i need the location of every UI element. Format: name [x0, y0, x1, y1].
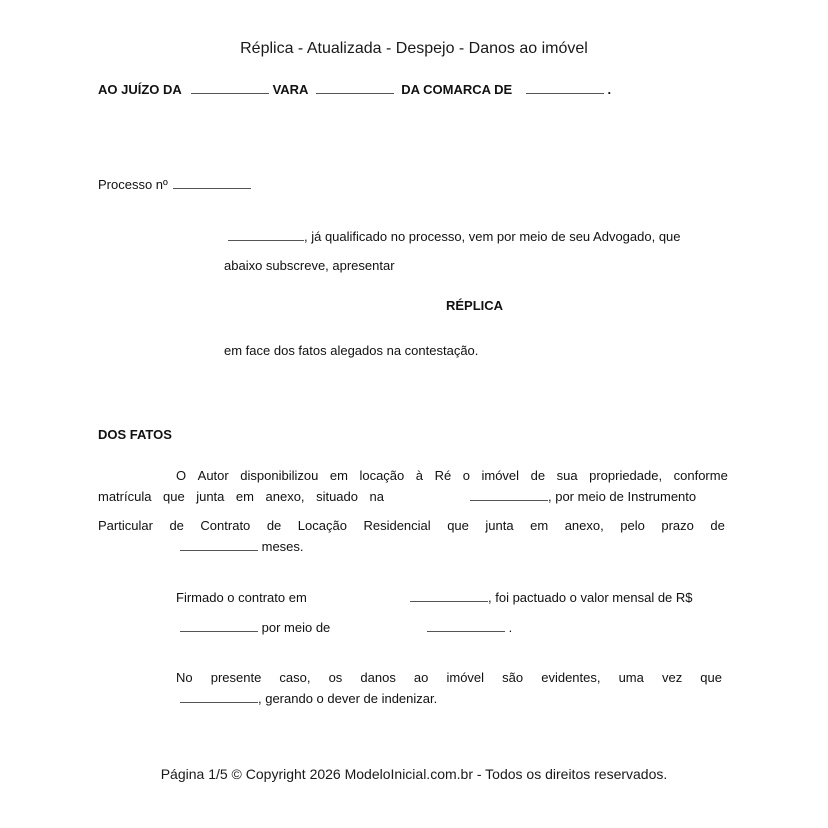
intro-line-1: , já qualificado no processo, vem por me…: [228, 229, 728, 245]
blank-comarca[interactable]: [526, 82, 604, 94]
p2-line1-right: , foi pactuado o valor mensal de R$: [488, 590, 693, 605]
word: No: [176, 670, 193, 686]
p2-line1-right-wrap: , foi pactuado o valor mensal de R$: [410, 590, 693, 606]
word: conforme: [674, 468, 728, 484]
word: o: [463, 468, 470, 484]
section-dos-fatos: DOS FATOS: [98, 427, 172, 443]
contestacao-line: em face dos fatos alegados na contestaçã…: [224, 343, 478, 359]
word: Autor: [198, 468, 229, 484]
word: uma: [619, 670, 644, 686]
word: Residencial: [363, 518, 430, 534]
p1-line4-text: meses.: [262, 539, 304, 554]
paragraph-3-line-1: Nopresentecaso,osdanosaoimóvelsãoevident…: [176, 670, 722, 686]
word: que: [700, 670, 722, 686]
blank-monthly-value[interactable]: [180, 620, 258, 632]
word: matrícula: [98, 489, 151, 505]
word: Locação: [298, 518, 347, 534]
word: evidentes,: [541, 670, 600, 686]
header-part-3: DA COMARCA DE: [401, 82, 512, 97]
word: à: [416, 468, 423, 484]
word: os: [329, 670, 343, 686]
p3-line2-text: , gerando o dever de indenizar.: [258, 691, 437, 706]
document-title: Réplica - Atualizada - Despejo - Danos a…: [0, 40, 828, 58]
word: O: [176, 468, 186, 484]
word: prazo: [661, 518, 694, 534]
word: em: [530, 518, 548, 534]
court-header: AO JUÍZO DA VARA DA COMARCA DE .: [98, 82, 611, 98]
page-footer: Página 1/5 © Copyright 2026 ModeloInicia…: [0, 766, 828, 782]
p2-line1-left: Firmado o contrato em: [176, 590, 307, 605]
word: caso,: [279, 670, 310, 686]
p1-line2-right-text: , por meio de Instrumento: [548, 489, 696, 504]
header-part-1: AO JUÍZO DA: [98, 82, 181, 97]
word: imóvel: [481, 468, 519, 484]
blank-contract-date[interactable]: [410, 590, 488, 602]
header-end: .: [607, 82, 611, 97]
word: imóvel: [446, 670, 484, 686]
paragraph-2-line-1: Firmado o contrato em , foi pactuado o v…: [176, 590, 728, 606]
word: Ré: [435, 468, 452, 484]
word: propriedade,: [589, 468, 662, 484]
paragraph-3-line-2: , gerando o dever de indenizar.: [180, 691, 437, 707]
word: de: [267, 518, 281, 534]
word: vez: [662, 670, 682, 686]
p2-line2-end-wrap: .: [427, 620, 512, 636]
word: ao: [414, 670, 428, 686]
paragraph-1-line-4: meses.: [180, 539, 304, 555]
processo-label: Processo nº: [98, 177, 168, 192]
word: pelo: [620, 518, 645, 534]
paragraph-1-line-2-right: , por meio de Instrumento: [470, 489, 696, 505]
blank-party-name[interactable]: [228, 229, 304, 241]
word: na: [370, 489, 384, 505]
blank-vara[interactable]: [316, 82, 394, 94]
paragraph-2-line-2: por meio de .: [180, 620, 732, 636]
word: anexo,: [266, 489, 305, 505]
word: danos: [360, 670, 395, 686]
word: junta: [196, 489, 224, 505]
word: de: [169, 518, 183, 534]
word: em: [330, 468, 348, 484]
blank-payment-method[interactable]: [427, 620, 505, 632]
paragraph-1-line-2-left: matrículaquejuntaemanexo,situadona: [98, 489, 384, 505]
blank-vara-number[interactable]: [191, 82, 269, 94]
p2-line2-mid: por meio de: [262, 620, 331, 635]
word: situado: [316, 489, 358, 505]
word: que: [447, 518, 469, 534]
word: Contrato: [200, 518, 250, 534]
word: sua: [557, 468, 578, 484]
word: Particular: [98, 518, 153, 534]
word: locação: [359, 468, 404, 484]
word: anexo,: [565, 518, 604, 534]
word: em: [236, 489, 254, 505]
p2-line2-end: .: [509, 620, 513, 635]
paragraph-1-line-3: ParticulardeContratodeLocaçãoResidencial…: [98, 518, 725, 534]
word: de: [531, 468, 545, 484]
intro-text-1: , já qualificado no processo, vem por me…: [304, 229, 681, 244]
intro-line-2: abaixo subscreve, apresentar: [224, 258, 395, 274]
blank-address[interactable]: [470, 489, 548, 501]
blank-damage-reason[interactable]: [180, 691, 258, 703]
blank-processo-number[interactable]: [173, 177, 251, 189]
word: junta: [485, 518, 513, 534]
blank-months[interactable]: [180, 539, 258, 551]
word: são: [502, 670, 523, 686]
word: que: [163, 489, 185, 505]
header-part-2: VARA: [273, 82, 308, 97]
word: de: [710, 518, 724, 534]
paragraph-1-line-1: OAutordisponibilizouemlocaçãoàRéoimóveld…: [176, 468, 728, 484]
processo-line: Processo nº: [98, 177, 251, 193]
word: presente: [211, 670, 262, 686]
word: disponibilizou: [240, 468, 318, 484]
replica-heading: RÉPLICA: [446, 298, 503, 314]
